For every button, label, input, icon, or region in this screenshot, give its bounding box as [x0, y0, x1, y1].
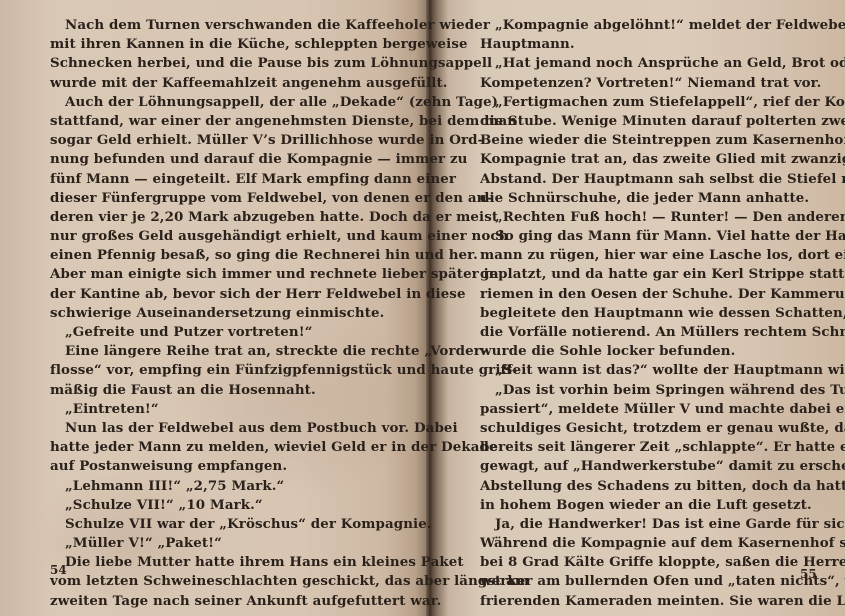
text-line: dieser Fünfergruppe vom Feldwebel, von d…	[50, 189, 392, 208]
text-line: auf Postanweisung empfangen.	[50, 457, 392, 476]
text-line: zweiten Tage nach seiner Ankunft aufgefu…	[50, 592, 392, 611]
text-line: mann zu rügen, hier war eine Lasche los,…	[480, 246, 820, 265]
text-line: riemen in den Oesen der Schuhe. Der Kamm…	[480, 285, 820, 304]
left-page-number: 54	[50, 563, 67, 577]
text-line: Kompetenzen? Vortreten!“ Niemand trat vo…	[480, 74, 820, 93]
text-line: wurde die Sohle locker befunden.	[480, 342, 820, 361]
text-line: werker am bullernden Ofen und „taten nic…	[480, 572, 820, 591]
text-line: nung befunden und darauf die Kompagnie —…	[50, 150, 392, 169]
text-line: die Schnürschuhe, die jeder Mann anhatte…	[480, 189, 820, 208]
text-line: Eine längere Reihe trat an, streckte die…	[50, 342, 392, 361]
text-line: begleitete den Hauptmann wie dessen Scha…	[480, 304, 820, 323]
text-line: „Müller V!“ „Paket!“	[50, 534, 392, 553]
left-page-text: Nach dem Turnen verschwanden die Kaffeeh…	[50, 16, 392, 611]
text-line: „Kompagnie abgelöhnt!“ meldet der Feldwe…	[480, 16, 820, 35]
text-line: „Eintreten!“	[50, 400, 392, 419]
text-line: Nach dem Turnen verschwanden die Kaffeeh…	[50, 16, 392, 35]
text-line: frierenden Kameraden meinten. Sie waren …	[480, 592, 820, 611]
text-line: einen Pfennig besaß, so ging die Rechner…	[50, 246, 392, 265]
text-line: die Vorfälle notierend. An Müllers recht…	[480, 323, 820, 342]
text-line: Beine wieder die Steintreppen zum Kasern…	[480, 131, 820, 150]
text-line: geplatzt, und da hatte gar ein Kerl Stri…	[480, 265, 820, 284]
text-line: „Das ist vorhin beim Springen während de…	[480, 381, 820, 400]
text-line: mit ihren Kannen in die Küche, schleppte…	[50, 35, 392, 54]
text-line: die Stube. Wenige Minuten darauf poltert…	[480, 112, 820, 131]
text-line: Kompagnie trat an, das zweite Glied mit …	[480, 150, 820, 169]
text-line: „Lehmann III!“ „2,75 Mark.“	[50, 477, 392, 496]
text-line: So ging das Mann für Mann. Viel hatte de…	[480, 227, 820, 246]
text-line: Ja, die Handwerker! Das ist eine Garde f…	[480, 515, 820, 534]
text-line: bei 8 Grad Kälte Griffe kloppte, saßen d…	[480, 553, 820, 572]
text-line: vom letzten Schweineschlachten geschickt…	[50, 572, 392, 591]
text-line: „Gefreite und Putzer vortreten!“	[50, 323, 392, 342]
right-page-text: „Kompagnie abgelöhnt!“ meldet der Feldwe…	[480, 16, 820, 611]
text-line: „Rechten Fuß hoch! — Runter! — Den ander…	[480, 208, 820, 227]
text-line: nur großes Geld ausgehändigt erhielt, un…	[50, 227, 392, 246]
text-line: Auch der Löhnungsappell, der alle „Dekad…	[50, 93, 392, 112]
text-line: Hauptmann.	[480, 35, 820, 54]
text-line: wurde mit der Kaffeemahlzeit angenehm au…	[50, 74, 392, 93]
text-line: Die liebe Mutter hatte ihrem Hans ein kl…	[50, 553, 392, 572]
text-line: in hohem Bogen wieder an die Luft gesetz…	[480, 496, 820, 515]
text-line: gewagt, auf „Handwerkerstube“ damit zu e…	[480, 457, 820, 476]
text-line: Schulze VII war der „Kröschus“ der Kompa…	[50, 515, 392, 534]
text-line: Schnecken herbei, und die Pause bis zum …	[50, 54, 392, 73]
text-line: Während die Kompagnie auf dem Kasernenho…	[480, 534, 820, 553]
text-line: „Seit wann ist das?“ wollte der Hauptman…	[480, 361, 820, 380]
text-line: bereits seit längerer Zeit „schlappte“. …	[480, 438, 820, 457]
text-line: hatte jeder Mann zu melden, wieviel Geld…	[50, 438, 392, 457]
text-line: Abstand. Der Hauptmann sah selbst die St…	[480, 170, 820, 189]
text-line: stattfand, war einer der angenehmsten Di…	[50, 112, 392, 131]
text-line: fünf Mann — eingeteilt. Elf Mark empfing…	[50, 170, 392, 189]
text-line: Abstellung des Schadens zu bitten, doch …	[480, 477, 820, 496]
text-line: schwierige Auseinandersetzung einmischte…	[50, 304, 392, 323]
text-line: schuldiges Gesicht, trotzdem er genau wu…	[480, 419, 820, 438]
right-page-number: 55	[800, 567, 817, 581]
text-line: flosse“ vor, empfing ein Fünfzigpfennigs…	[50, 361, 392, 380]
text-line: passiert“, meldete Müller V und machte d…	[480, 400, 820, 419]
text-line: Nun las der Feldwebel aus dem Postbuch v…	[50, 419, 392, 438]
text-line: mäßig die Faust an die Hosennaht.	[50, 381, 392, 400]
book-spread: Nach dem Turnen verschwanden die Kaffeeh…	[0, 0, 845, 616]
text-line: deren vier je 2,20 Mark abzugeben hatte.…	[50, 208, 392, 227]
text-line: „Schulze VII!“ „10 Mark.“	[50, 496, 392, 515]
text-line: Aber man einigte sich immer und rechnete…	[50, 265, 392, 284]
text-line: sogar Geld erhielt. Müller V’s Drillichh…	[50, 131, 392, 150]
text-line: „Hat jemand noch Ansprüche an Geld, Brot…	[480, 54, 820, 73]
text-line: „Fertigmachen zum Stiefelappell“, rief d…	[480, 93, 820, 112]
text-line: der Kantine ab, bevor sich der Herr Feld…	[50, 285, 392, 304]
